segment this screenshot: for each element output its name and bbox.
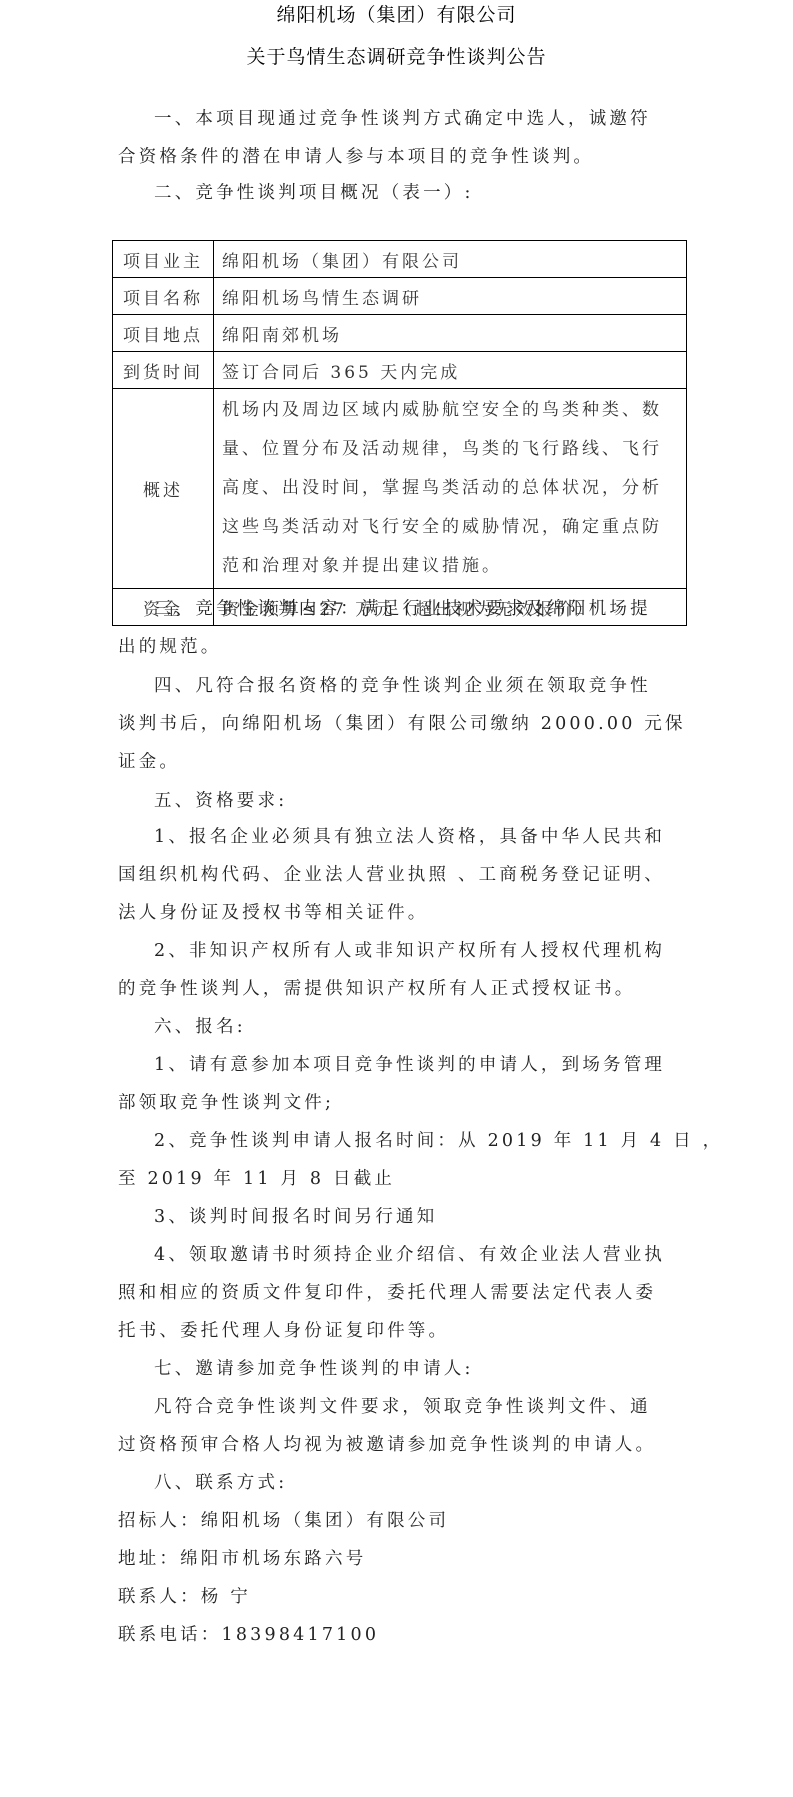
row-label-owner: 项目业主: [113, 241, 214, 278]
row-value-owner: 绵阳机场（集团）有限公司: [214, 241, 687, 278]
row-value-location: 绵阳南郊机场: [214, 315, 687, 352]
section6-item4-line-1: 4、领取邀请书时须持企业介绍信、有效企业法人营业执: [118, 1236, 726, 1274]
section2-heading: 二、竞争性谈判项目概况（表一）:: [118, 174, 726, 212]
table-row: 概述 机场内及周边区域内威胁航空安全的鸟类种类、数 量、位置分布及活动规律，鸟类…: [113, 389, 687, 589]
section8-heading: 八、联系方式:: [118, 1464, 726, 1502]
table-row: 到货时间 签订合同后 365 天内完成: [113, 352, 687, 389]
contact-address: 地址：绵阳市机场东路六号: [118, 1540, 690, 1578]
section7-heading: 七、邀请参加竞争性谈判的申请人:: [118, 1350, 726, 1388]
section6-item4-line-2: 照和相应的资质文件复印件，委托代理人需要法定代表人委: [118, 1274, 690, 1312]
overview-line: 高度、出没时间，掌握鸟类活动的总体状况，分析: [222, 469, 678, 508]
section6-item2-line-2: 至 2019 年 11 月 8 日截止: [118, 1160, 690, 1198]
section4-line-1: 四、凡符合报名资格的竞争性谈判企业须在领取竞争性: [118, 667, 726, 705]
announcement-title: 关于鸟情生态调研竞争性谈判公告: [0, 42, 793, 69]
overview-line: 范和治理对象并提出建议措施。: [222, 547, 678, 586]
section4-line-2: 谈判书后，向绵阳机场（集团）有限公司缴纳 2000.00 元保: [118, 705, 690, 743]
section6-item1-line-1: 1、请有意参加本项目竞争性谈判的申请人，到场务管理: [118, 1046, 726, 1084]
section3-line-1: 三、竞争性谈判内容：满足行业技术要求及绵阳机场提: [118, 590, 726, 628]
table-row: 项目名称 绵阳机场鸟情生态调研: [113, 278, 687, 315]
row-label-location: 项目地点: [113, 315, 214, 352]
section5-item2-line-1: 2、非知识产权所有人或非知识产权所有人授权代理机构: [118, 932, 726, 970]
contact-person: 联系人：杨 宁: [118, 1578, 690, 1616]
overview-line: 这些鸟类活动对飞行安全的威胁情况，确定重点防: [222, 508, 678, 547]
row-label-name: 项目名称: [113, 278, 214, 315]
overview-line: 机场内及周边区域内威胁航空安全的鸟类种类、数: [222, 391, 678, 430]
section5-item1-line-3: 法人身份证及授权书等相关证件。: [118, 894, 690, 932]
section7-line-1: 凡符合竞争性谈判文件要求，领取竞争性谈判文件、通: [118, 1388, 726, 1426]
section3-line-2: 出的规范。: [118, 628, 690, 666]
section5-item1-line-1: 1、报名企业必须具有独立法人资格，具备中华人民共和: [118, 818, 726, 856]
section6-item2-line-1: 2、竞争性谈判申请人报名时间：从 2019 年 11 月 4 日 ，: [118, 1122, 726, 1160]
section6-item3: 3、谈判时间报名时间另行通知: [118, 1198, 726, 1236]
contact-phone: 联系电话：18398417100: [118, 1616, 690, 1654]
section6-item1-line-2: 部领取竞争性谈判文件;: [118, 1084, 690, 1122]
section1-line-1: 一、本项目现通过竞争性谈判方式确定中选人，诚邀符: [118, 100, 726, 138]
contact-tenderer: 招标人：绵阳机场（集团）有限公司: [118, 1502, 690, 1540]
section7-line-2: 过资格预审合格人均视为被邀请参加竞争性谈判的申请人。: [118, 1426, 690, 1464]
row-value-delivery: 签订合同后 365 天内完成: [214, 352, 687, 389]
section6-heading: 六、报名:: [118, 1008, 726, 1046]
section5-item2-line-2: 的竞争性谈判人，需提供知识产权所有人正式授权证书。: [118, 970, 690, 1008]
row-value-overview: 机场内及周边区域内威胁航空安全的鸟类种类、数 量、位置分布及活动规律，鸟类的飞行…: [214, 389, 687, 589]
section1-line-2: 合资格条件的潜在申请人参与本项目的竞争性谈判。: [118, 138, 690, 176]
section6-item4-line-3: 托书、委托代理人身份证复印件等。: [118, 1312, 690, 1350]
table-row: 项目地点 绵阳南郊机场: [113, 315, 687, 352]
project-overview-table: 项目业主 绵阳机场（集团）有限公司 项目名称 绵阳机场鸟情生态调研 项目地点 绵…: [112, 240, 687, 626]
row-label-overview: 概述: [113, 389, 214, 589]
section5-heading: 五、资格要求:: [118, 782, 726, 820]
row-value-name: 绵阳机场鸟情生态调研: [214, 278, 687, 315]
row-label-delivery: 到货时间: [113, 352, 214, 389]
section4-line-3: 证金。: [118, 743, 690, 781]
section5-item1-line-2: 国组织机构代码、企业法人营业执照 、工商税务登记证明、: [118, 856, 690, 894]
company-title: 绵阳机场（集团）有限公司: [0, 0, 793, 27]
overview-line: 量、位置分布及活动规律，鸟类的飞行路线、飞行: [222, 430, 678, 469]
table-row: 项目业主 绵阳机场（集团）有限公司: [113, 241, 687, 278]
